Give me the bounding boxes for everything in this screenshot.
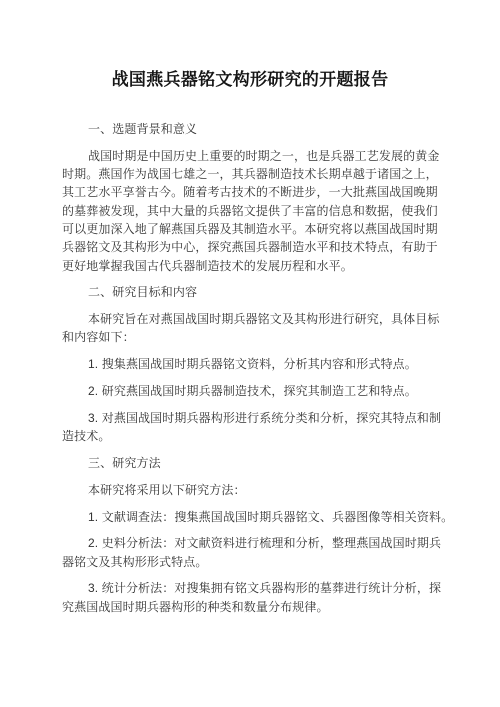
text-line: 3. 统计分析法：对搜集拥有铭文兵器构形的墓葬进行统计分析，探 — [62, 579, 438, 597]
text-line: 3. 对燕国战国时期兵器构形进行系统分类和分析，探究其特点和制 — [62, 409, 438, 427]
section-1-heading: 一、选题背景和意义 — [62, 120, 438, 138]
document-page: 战国燕兵器铭文构形研究的开题报告 一、选题背景和意义 战国时期是中国历史上重要的… — [0, 0, 500, 707]
text-line: 器铭文及其构形形式特点。 — [62, 553, 438, 571]
list-item: 3. 统计分析法：对搜集拥有铭文兵器构形的墓葬进行统计分析，探 究燕国战国时期兵… — [62, 579, 438, 616]
text-line: 和内容如下： — [62, 328, 438, 346]
document-title: 战国燕兵器铭文构形研究的开题报告 — [62, 68, 438, 92]
text-line: 战国时期是中国历史上重要的时期之一，也是兵器工艺发展的黄金 — [62, 147, 438, 165]
text-line: 兵器铭文及其构形为中心，探究燕国兵器制造水平和技术特点，有助于 — [62, 238, 438, 256]
text-line: 的墓葬被发现，其中大量的兵器铭文提供了丰富的信息和数据，使我们 — [62, 202, 438, 220]
section-2-heading: 二、研究目标和内容 — [62, 283, 438, 301]
list-item: 3. 对燕国战国时期兵器构形进行系统分类和分析，探究其特点和制 造技术。 — [62, 409, 438, 446]
text-line: 其工艺水平享誉古今。随着考古技术的不断进步，一大批燕国战国晚期 — [62, 183, 438, 201]
body-paragraph: 本研究将采用以下研究方法： — [62, 481, 438, 499]
text-line: 本研究将采用以下研究方法： — [62, 481, 438, 499]
text-line: 1. 文献调查法：搜集燕国战国时期兵器铭文、兵器图像等相关资料。 — [62, 508, 438, 526]
text-line: 2. 研究燕国战国时期兵器制造技术，探究其制造工艺和特点。 — [62, 382, 438, 400]
text-line: 造技术。 — [62, 427, 438, 445]
list-item: 1. 文献调查法：搜集燕国战国时期兵器铭文、兵器图像等相关资料。 — [62, 508, 438, 526]
body-paragraph: 本研究旨在对燕国战国时期兵器铭文及其构形进行研究，具体目标 和内容如下： — [62, 310, 438, 347]
text-line: 时期。燕国作为战国七雄之一，其兵器制造技术长期卓越于诸国之上， — [62, 165, 438, 183]
text-line: 1. 搜集燕国战国时期兵器铭文资料，分析其内容和形式特点。 — [62, 355, 438, 373]
text-line: 2. 史料分析法：对文献资料进行梳理和分析，整理燕国战国时期兵 — [62, 534, 438, 552]
text-line: 更好地掌握我国古代兵器制造技术的发展历程和水平。 — [62, 257, 438, 275]
text-line: 可以更加深入地了解燕国兵器及其制造水平。本研究将以燕国战国时期 — [62, 220, 438, 238]
section-methods: 三、研究方法 本研究将采用以下研究方法： 1. 文献调查法：搜集燕国战国时期兵器… — [62, 454, 438, 616]
section-goals: 二、研究目标和内容 本研究旨在对燕国战国时期兵器铭文及其构形进行研究，具体目标 … — [62, 283, 438, 445]
text-line: 本研究旨在对燕国战国时期兵器铭文及其构形进行研究，具体目标 — [62, 310, 438, 328]
section-3-heading: 三、研究方法 — [62, 454, 438, 472]
body-paragraph: 战国时期是中国历史上重要的时期之一，也是兵器工艺发展的黄金 时期。燕国作为战国七… — [62, 147, 438, 275]
section-background: 一、选题背景和意义 战国时期是中国历史上重要的时期之一，也是兵器工艺发展的黄金 … — [62, 120, 438, 275]
list-item: 2. 研究燕国战国时期兵器制造技术，探究其制造工艺和特点。 — [62, 382, 438, 400]
text-line: 究燕国战国时期兵器构形的种类和数量分布规律。 — [62, 598, 438, 616]
list-item: 2. 史料分析法：对文献资料进行梳理和分析，整理燕国战国时期兵 器铭文及其构形形… — [62, 534, 438, 571]
list-item: 1. 搜集燕国战国时期兵器铭文资料，分析其内容和形式特点。 — [62, 355, 438, 373]
